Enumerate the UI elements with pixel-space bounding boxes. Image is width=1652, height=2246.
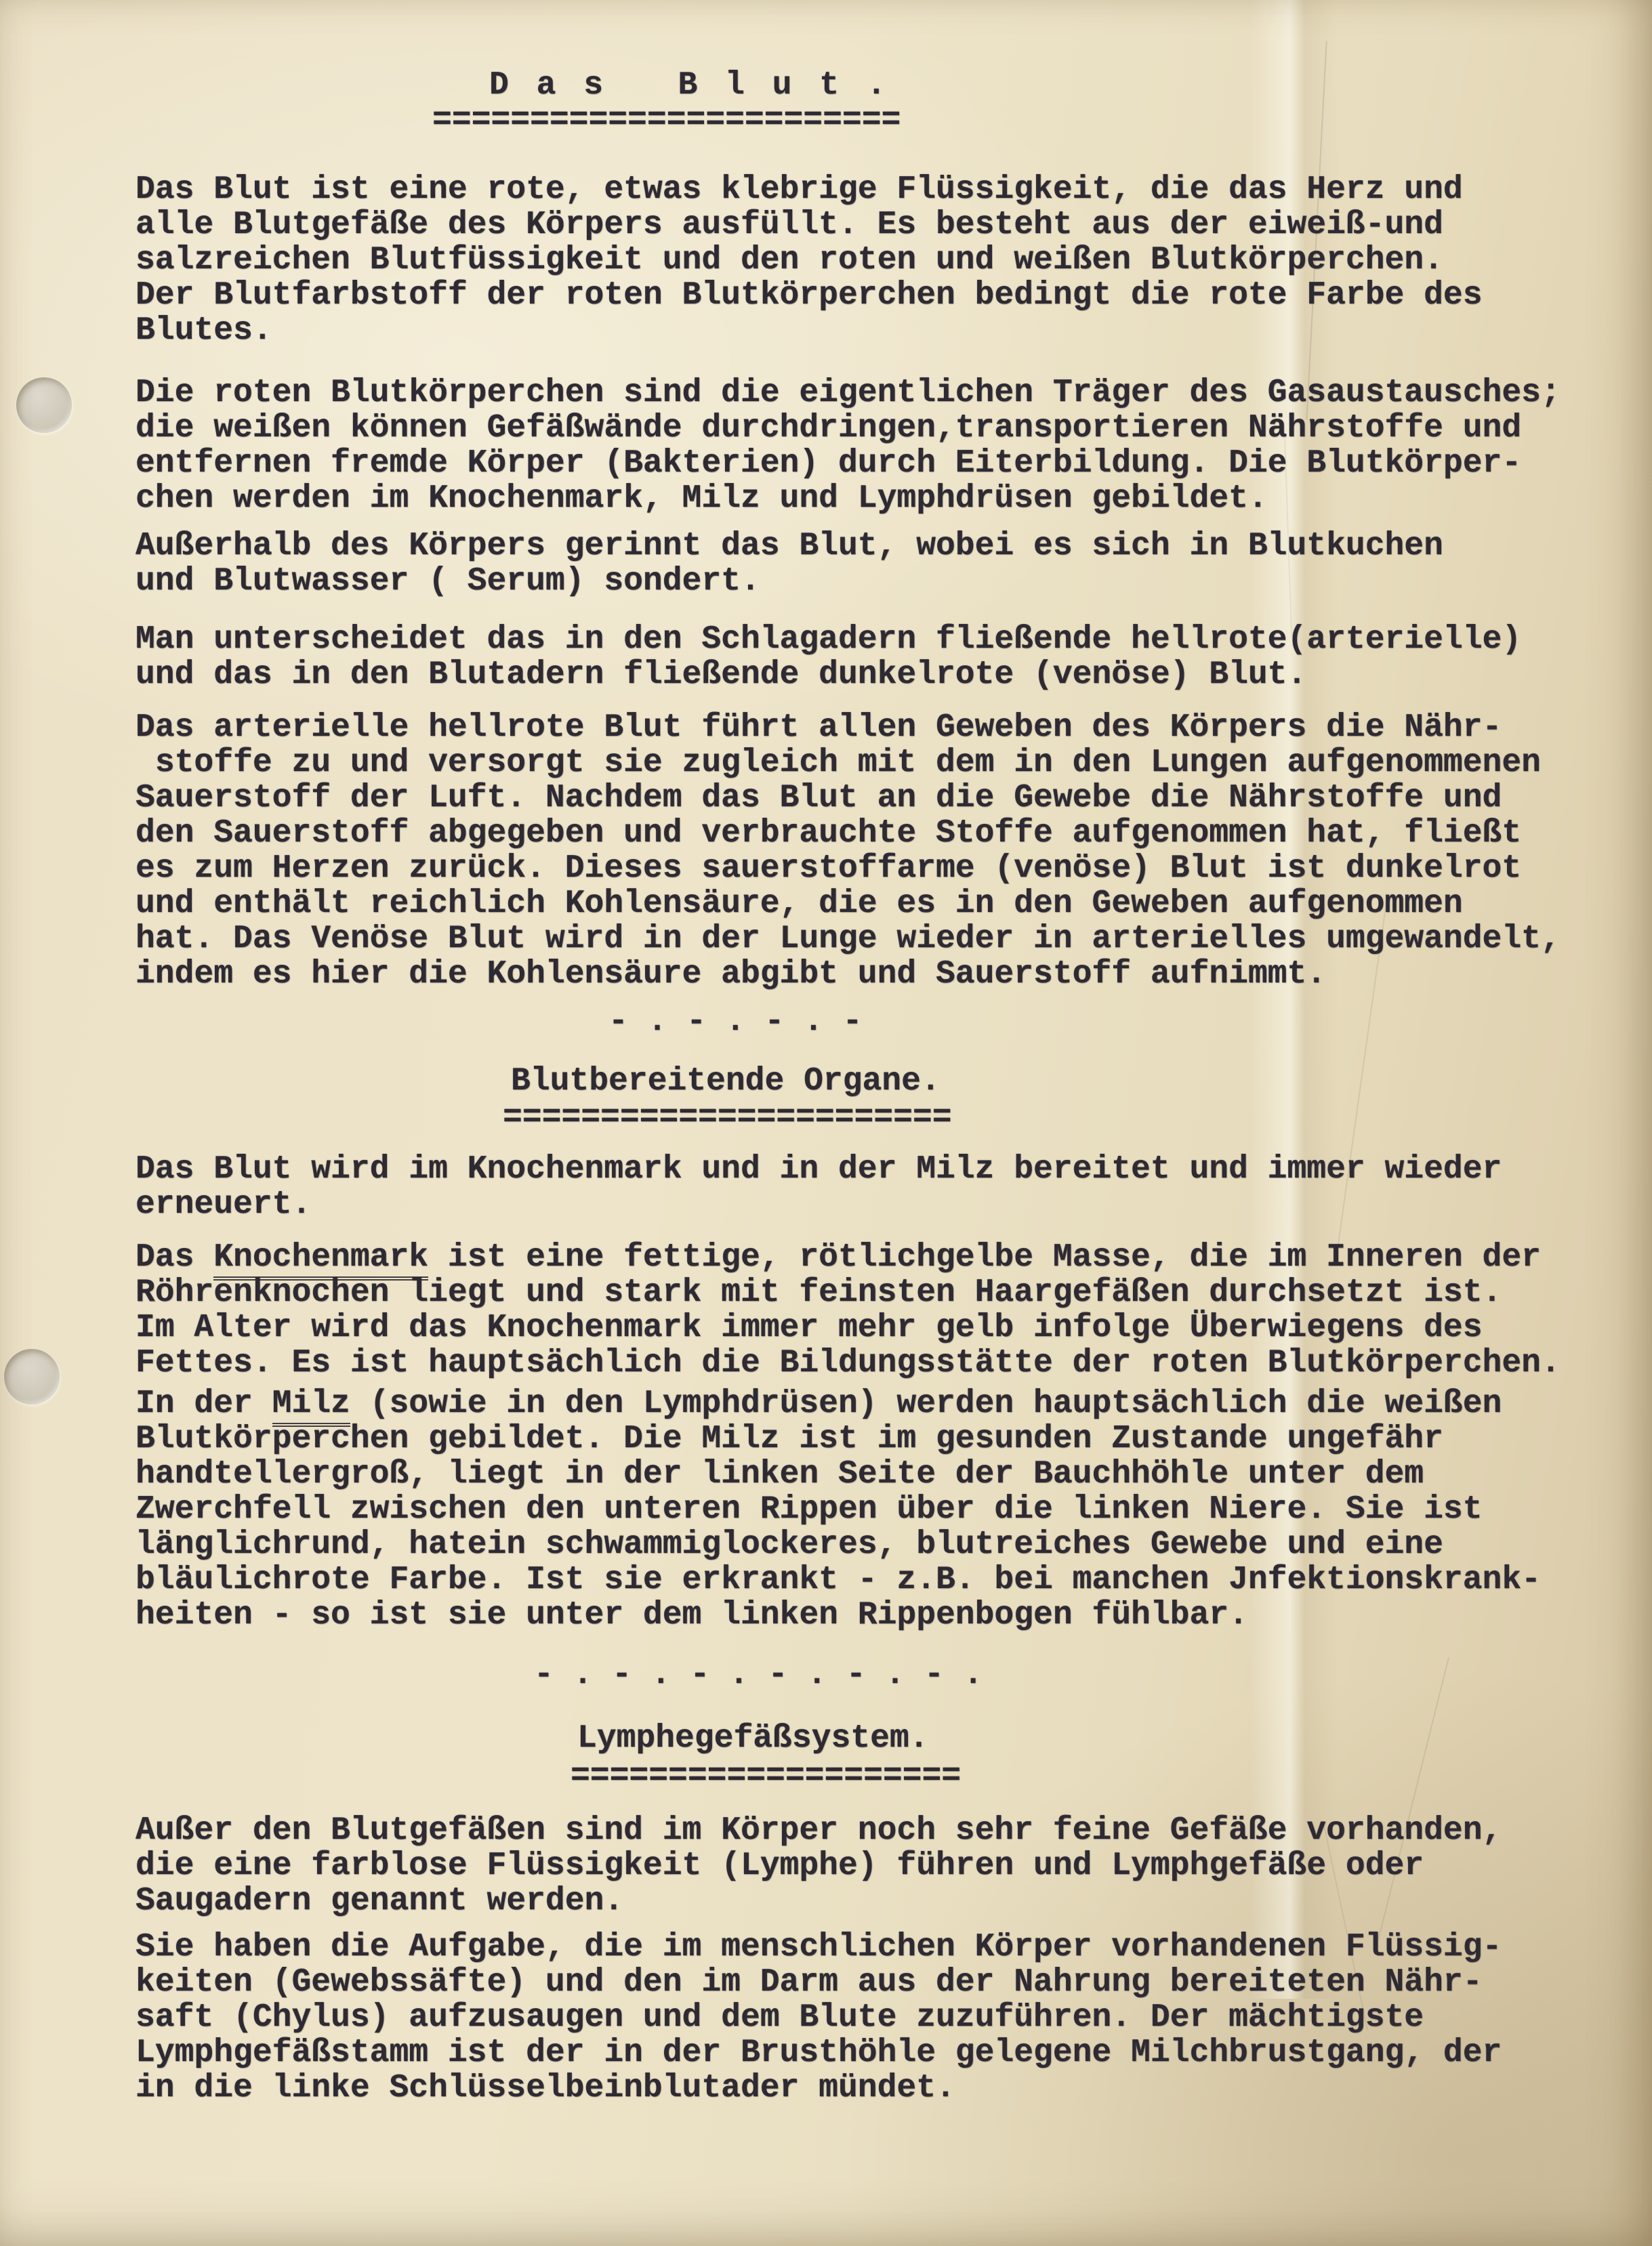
paragraph-lymph-function: Sie haben die Aufgabe, die im menschlich…	[136, 1930, 1502, 2106]
section-separator: - . - . - . -	[608, 1004, 862, 1039]
paragraph-blood-renewal: Das Blut wird im Knochenmark und in der …	[136, 1152, 1502, 1222]
paragraph-blood-intro: Das Blut ist eine rote, etwas klebrige F…	[136, 172, 1483, 348]
section-heading-underline: =======================	[503, 1100, 952, 1136]
section-heading-underline: ====================	[571, 1759, 961, 1794]
title-underline: ========================	[432, 103, 901, 138]
paragraph-spleen: In der Milz (sowie in den Lymphdrüsen) w…	[136, 1386, 1541, 1633]
typewritten-page: D a s B l u t . ========================…	[0, 0, 1652, 2246]
paragraph-oxygen-transport: Das arterielle hellrote Blut führt allen…	[136, 710, 1561, 992]
paragraph-arterial-venous: Man unterscheidet das in den Schlagadern…	[136, 622, 1521, 692]
paragraph-spleen-rest: (sowie in den Lymphdrüsen) werden haupts…	[136, 1386, 1541, 1634]
paragraph-red-white-cells: Die roten Blutkörperchen sind die eigent…	[136, 375, 1561, 516]
section-heading-blood-forming-organs: Blutbereitende Organe.	[511, 1064, 941, 1099]
punch-hole-top	[16, 377, 72, 433]
punch-hole-bottom	[4, 1349, 60, 1405]
paragraph-spleen-prefix: In der	[136, 1386, 272, 1422]
section-separator: - . - . - . - . - . - .	[534, 1657, 983, 1692]
paragraph-bone-marrow-prefix: Das	[136, 1239, 213, 1276]
paragraph-clotting: Außerhalb des Körpers gerinnt das Blut, …	[136, 528, 1443, 599]
paragraph-bone-marrow: Das Knochenmark ist eine fettige, rötlic…	[136, 1240, 1561, 1381]
section-heading-lymph-system: Lymphegefäßsystem.	[577, 1721, 928, 1756]
paragraph-lymph-vessels: Außer den Blutgefäßen sind im Körper noc…	[136, 1813, 1502, 1919]
document-title: D a s B l u t .	[489, 68, 890, 103]
